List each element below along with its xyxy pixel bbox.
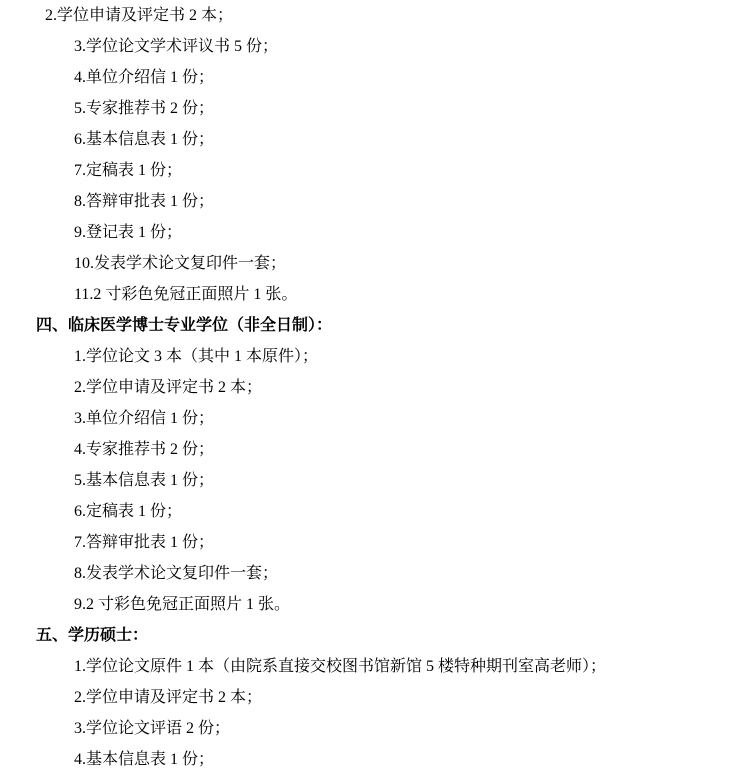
section-heading: 五、学历硕士：	[0, 620, 755, 651]
list-item: 4.基本信息表 1 份；	[0, 744, 755, 774]
list-item: 3.学位论文评语 2 份；	[0, 713, 755, 744]
list-item: 5.专家推荐书 2 份；	[0, 93, 755, 124]
list-item: 6.定稿表 1 份；	[0, 496, 755, 527]
list-item: 5.基本信息表 1 份；	[0, 465, 755, 496]
list-item: 1.学位论文原件 1 本（由院系直接交校图书馆新馆 5 楼特种期刊室高老师）；	[0, 651, 755, 682]
list-item: 4.单位介绍信 1 份；	[0, 62, 755, 93]
list-item: 7.答辩审批表 1 份；	[0, 527, 755, 558]
document-page: 2.学位申请及评定书 2 本；3.学位论文学术评议书 5 份；4.单位介绍信 1…	[0, 0, 755, 774]
list-item: 3.单位介绍信 1 份；	[0, 403, 755, 434]
list-item: 3.学位论文学术评议书 5 份；	[0, 31, 755, 62]
document-body: 2.学位申请及评定书 2 本；3.学位论文学术评议书 5 份；4.单位介绍信 1…	[0, 0, 755, 774]
list-item: 2.学位申请及评定书 2 本；	[0, 0, 755, 31]
list-item: 1.学位论文 3 本（其中 1 本原件）；	[0, 341, 755, 372]
list-item: 6.基本信息表 1 份；	[0, 124, 755, 155]
list-item: 9.2 寸彩色免冠正面照片 1 张。	[0, 589, 755, 620]
list-item: 10.发表学术论文复印件一套；	[0, 248, 755, 279]
list-item: 11.2 寸彩色免冠正面照片 1 张。	[0, 279, 755, 310]
list-item: 2.学位申请及评定书 2 本；	[0, 372, 755, 403]
list-item: 8.答辩审批表 1 份；	[0, 186, 755, 217]
section-heading: 四、临床医学博士专业学位（非全日制）：	[0, 310, 755, 341]
list-item: 7.定稿表 1 份；	[0, 155, 755, 186]
list-item: 8.发表学术论文复印件一套；	[0, 558, 755, 589]
list-item: 4.专家推荐书 2 份；	[0, 434, 755, 465]
list-item: 2.学位申请及评定书 2 本；	[0, 682, 755, 713]
list-item: 9.登记表 1 份；	[0, 217, 755, 248]
